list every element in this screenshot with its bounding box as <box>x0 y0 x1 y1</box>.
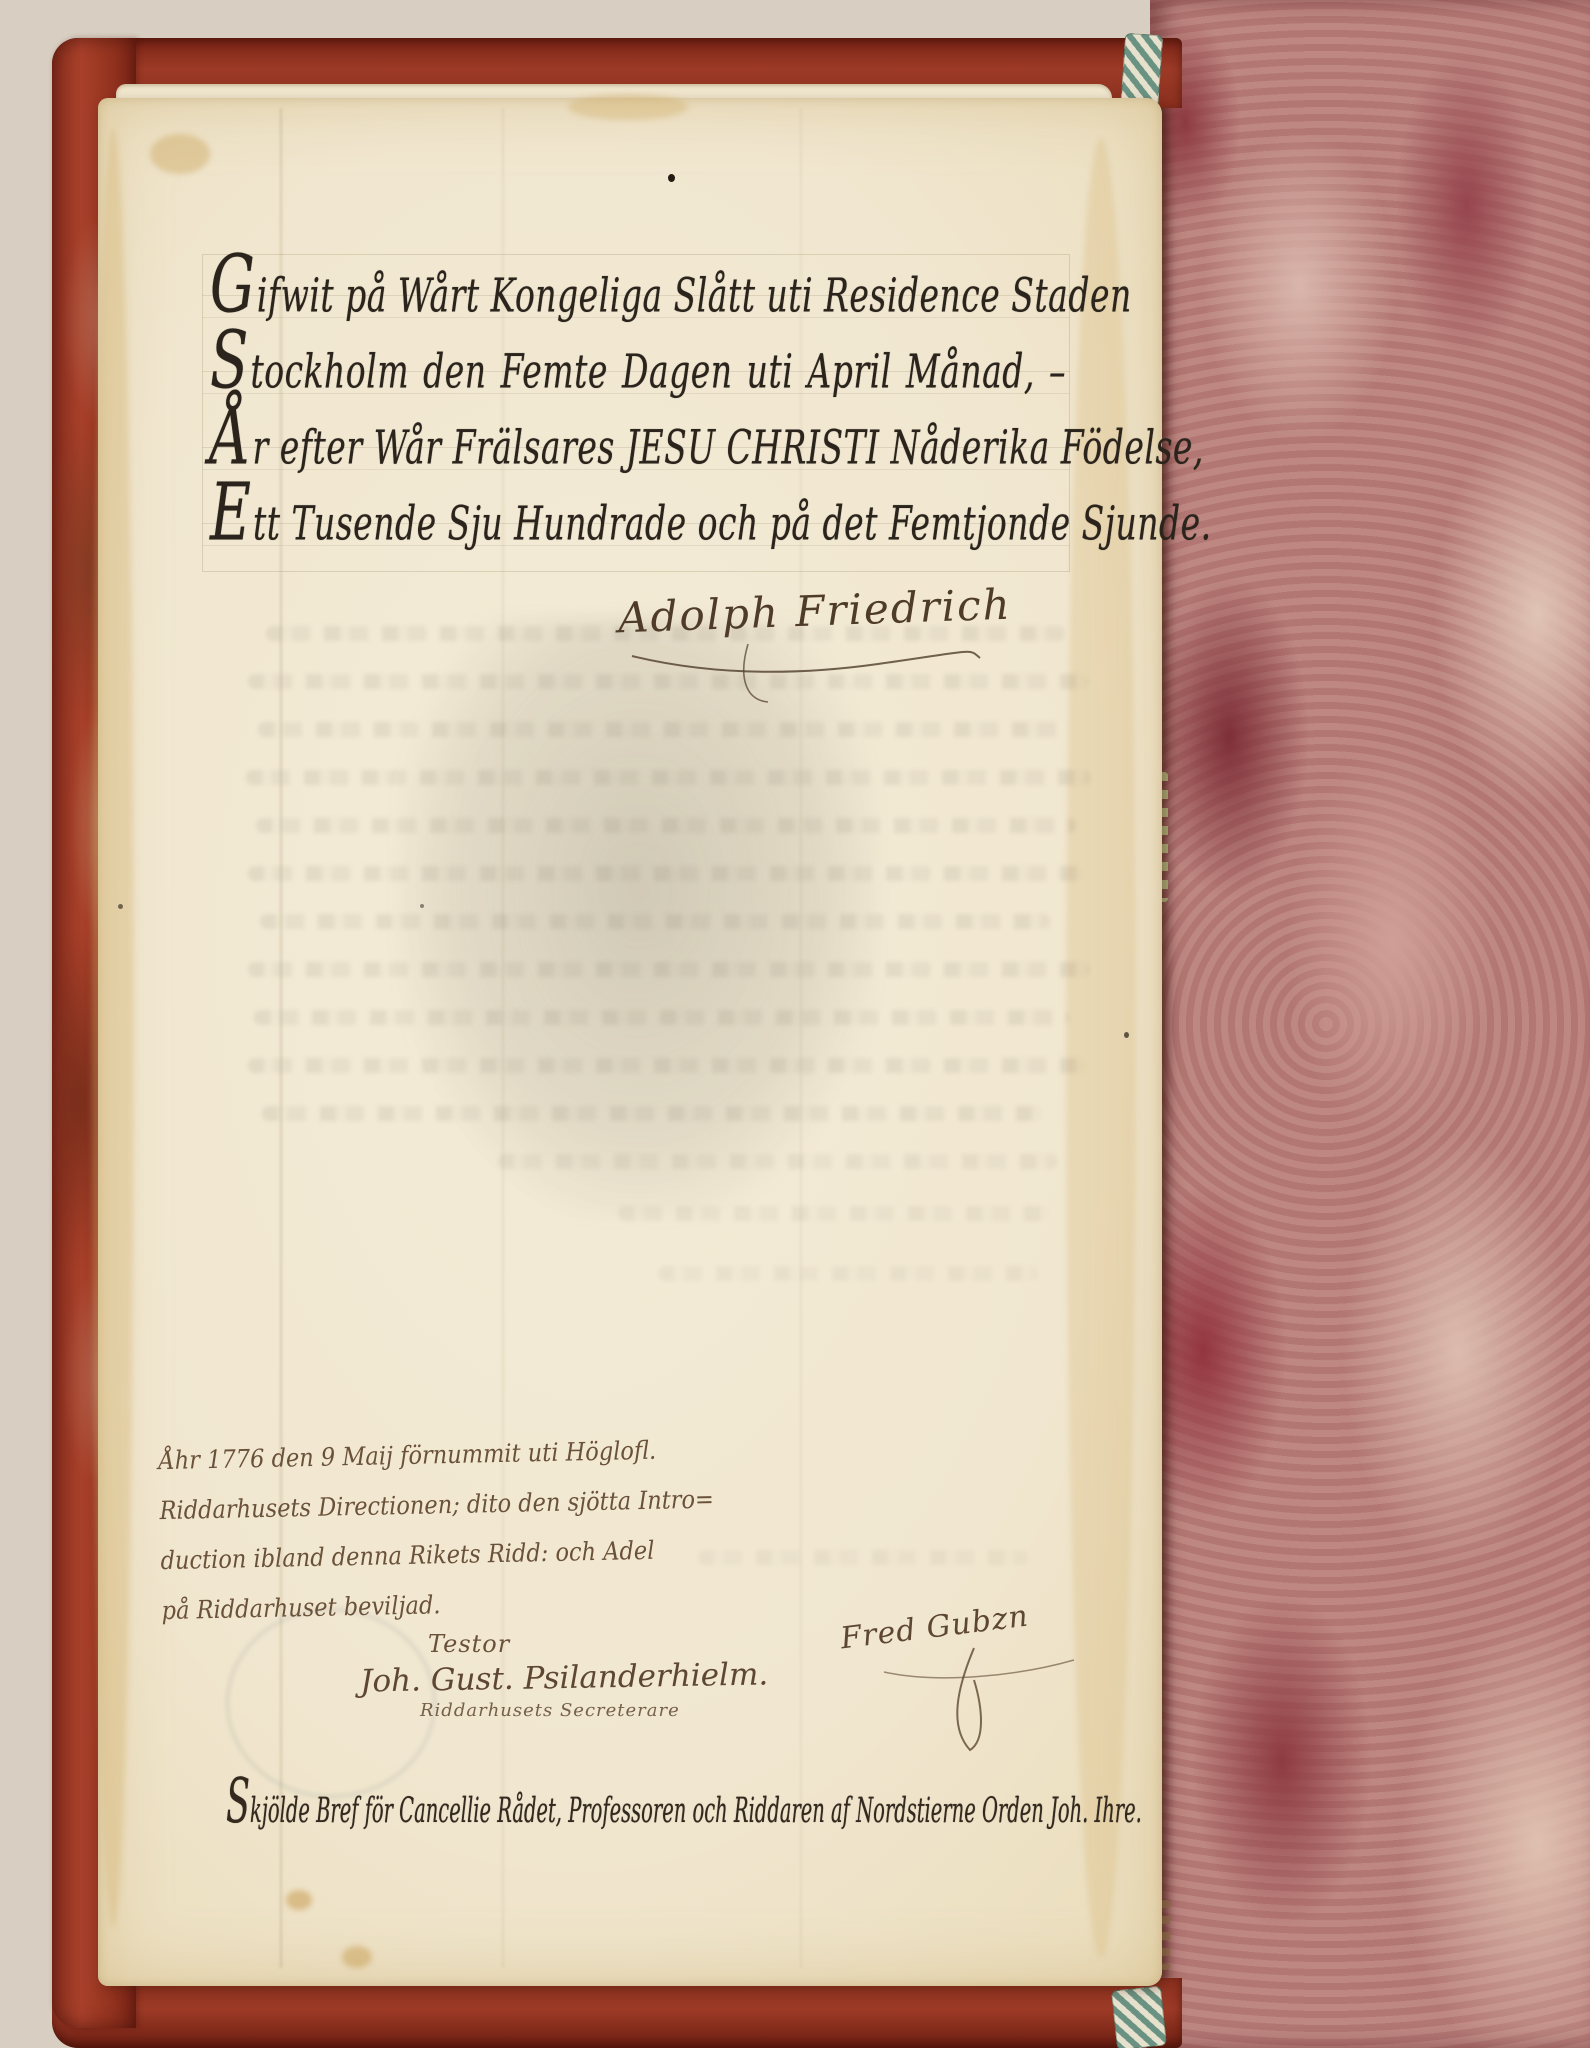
secretary-signature: Joh. Gust. Psilanderhielm. <box>360 1656 769 1699</box>
bleed-through-line <box>248 1058 1086 1073</box>
ink-speck <box>1124 1032 1129 1038</box>
signature-flourish <box>628 638 988 708</box>
bleed-through-line <box>258 722 1068 737</box>
bleed-through-line <box>618 1206 1048 1221</box>
edge-stain-left <box>92 128 134 1928</box>
bleed-through-line <box>498 1154 1058 1169</box>
annotation-line-4: på Riddarhuset beviljad. <box>161 1571 762 1640</box>
riddarhuset-annotation: Åhr 1776 den 9 Maij förnummit uti Höglof… <box>158 1424 762 1637</box>
bleed-through-line <box>248 962 1090 977</box>
bleed-through-line <box>256 818 1076 833</box>
marbled-endpaper <box>1150 0 1590 2048</box>
docket-line: Skjölde Bref för Cancellie Rådet, Profes… <box>226 1766 1106 1838</box>
charter-line-4: Ett Tusende Sju Hundrade och på det Femt… <box>210 460 1066 568</box>
secretary-title: Riddarhusets Secreterare <box>420 1700 680 1721</box>
spot-stain <box>286 1890 312 1910</box>
charter-text-block: Gifwit på Wårt Kongeliga Slått uti Resid… <box>210 248 1066 552</box>
ink-speck <box>118 904 123 909</box>
book-cover-bottom-edge <box>52 1978 1182 2048</box>
ink-speck <box>668 174 675 182</box>
bookmark-ribbon-bottom <box>1111 1986 1167 2048</box>
photographed-book-scene: Gifwit på Wårt Kongeliga Slått uti Resid… <box>0 0 1590 2048</box>
spot-stain <box>150 134 210 174</box>
attestation-word: Testor <box>428 1630 510 1658</box>
bleed-through-line <box>246 770 1091 785</box>
spot-stain <box>568 94 688 120</box>
bleed-through-line <box>658 1266 1038 1281</box>
bleed-through-line <box>260 914 1050 929</box>
parchment-page: Gifwit på Wårt Kongeliga Slått uti Resid… <box>98 98 1162 1986</box>
bleed-through-line <box>248 866 1083 881</box>
spot-stain <box>342 1946 372 1968</box>
bleed-through-line <box>262 1106 1042 1121</box>
countersignature-flourish <box>878 1646 1078 1756</box>
bleed-through-line <box>254 1010 1069 1025</box>
